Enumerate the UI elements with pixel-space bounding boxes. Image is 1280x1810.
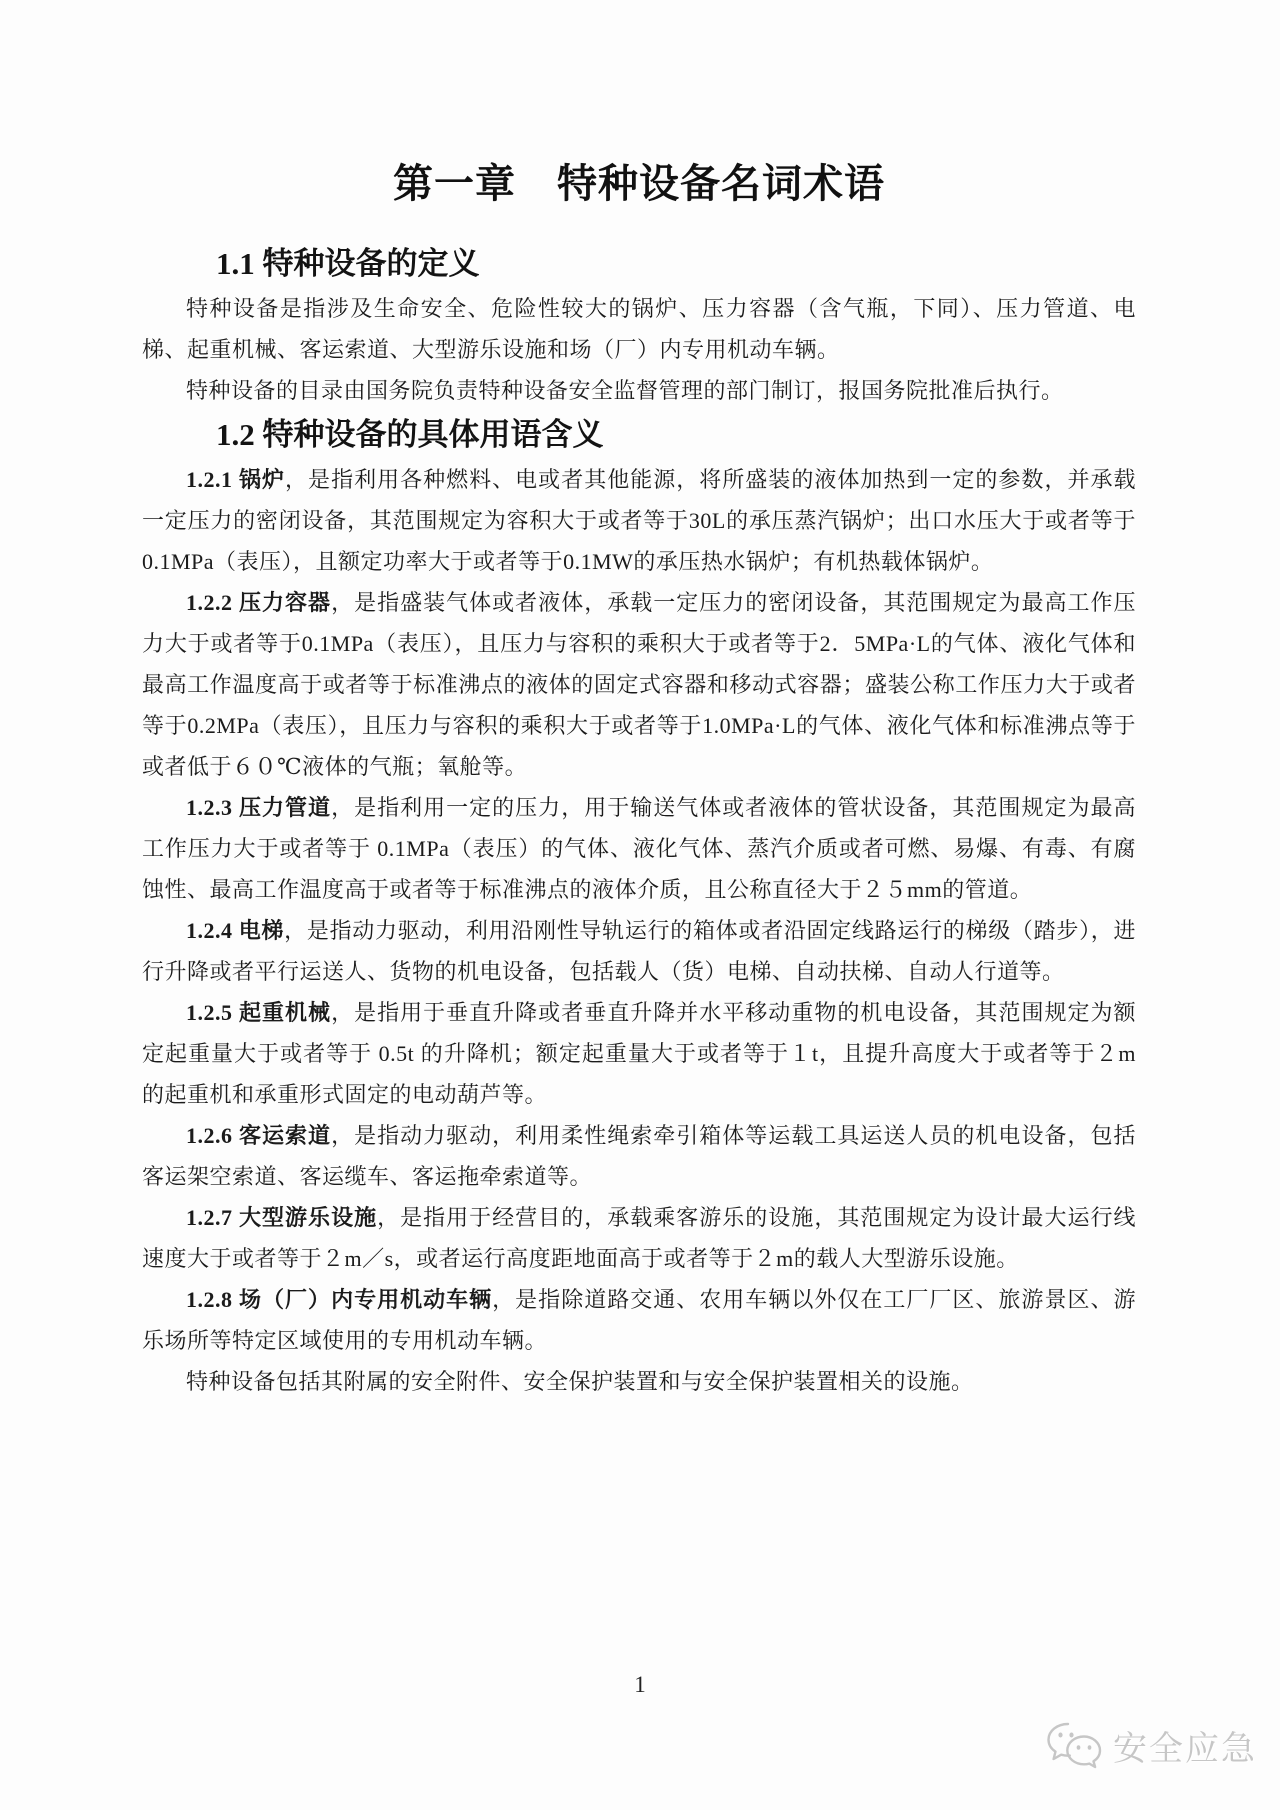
term-definition: ，是指动力驱动，利用沿刚性导轨运行的箱体或者沿固定线路运行的梯级（踏步），进行升…: [142, 918, 1136, 984]
term-number: 1.2.6: [186, 1123, 239, 1148]
term-name: 压力管道: [239, 795, 331, 820]
page-number: 1: [0, 1672, 1280, 1698]
chapter-title: 第一章 特种设备名词术语: [142, 158, 1136, 210]
term-number: 1.2.5: [186, 1000, 239, 1025]
term-number: 1.2.7: [186, 1205, 239, 1230]
term-definition: ，是指盛装气体或者液体，承载一定压力的密闭设备，其范围规定为最高工作压力大于或者…: [142, 590, 1136, 779]
term-name: 场（厂）内专用机动车辆: [239, 1287, 492, 1312]
term-name: 电梯: [239, 918, 284, 943]
section-1-1-heading: 1.1 特种设备的定义: [216, 240, 1136, 288]
term-paragraph-elevator: 1.2.4 电梯，是指动力驱动，利用沿刚性导轨运行的箱体或者沿固定线路运行的梯级…: [142, 910, 1136, 992]
term-number: 1.2.4: [186, 918, 239, 943]
term-paragraph-pressure-pipe: 1.2.3 压力管道，是指利用一定的压力，用于输送气体或者液体的管状设备，其范围…: [142, 787, 1136, 910]
paragraph-definition-2: 特种设备的目录由国务院负责特种设备安全监督管理的部门制订，报国务院批准后执行。: [142, 370, 1136, 411]
term-number: 1.2.2: [186, 590, 239, 615]
term-number: 1.2.1: [186, 467, 239, 492]
term-paragraph-special-vehicle: 1.2.8 场（厂）内专用机动车辆，是指除道路交通、农用车辆以外仅在工厂厂区、旅…: [142, 1279, 1136, 1361]
document-page: 第一章 特种设备名词术语 1.1 特种设备的定义 特种设备是指涉及生命安全、危险…: [0, 0, 1280, 1810]
term-name: 大型游乐设施: [239, 1205, 377, 1230]
term-name: 客运索道: [239, 1123, 331, 1148]
section-1-2-heading: 1.2 特种设备的具体用语含义: [216, 411, 1136, 459]
document-content: 第一章 特种设备名词术语 1.1 特种设备的定义 特种设备是指涉及生命安全、危险…: [142, 0, 1136, 1402]
term-paragraph-lifting-machinery: 1.2.5 起重机械，是指用于垂直升降或者垂直升降并水平移动重物的机电设备，其范…: [142, 992, 1136, 1115]
watermark: 安全应急: [1046, 1722, 1257, 1776]
term-number: 1.2.3: [186, 795, 239, 820]
paragraph-definition-1: 特种设备是指涉及生命安全、危险性较大的锅炉、压力容器（含气瓶，下同）、压力管道、…: [142, 288, 1136, 370]
watermark-label: 安全应急: [1113, 1730, 1257, 1768]
term-definition: ，是指利用各种燃料、电或者其他能源，将所盛装的液体加热到一定的参数，并承载一定压…: [142, 467, 1136, 574]
term-name: 锅炉: [239, 467, 285, 492]
term-paragraph-boiler: 1.2.1 锅炉，是指利用各种燃料、电或者其他能源，将所盛装的液体加热到一定的参…: [142, 459, 1136, 582]
term-number: 1.2.8: [186, 1287, 239, 1312]
closing-paragraph: 特种设备包括其附属的安全附件、安全保护装置和与安全保护装置相关的设施。: [142, 1361, 1136, 1402]
wechat-icon: [1046, 1722, 1104, 1776]
term-name: 压力容器: [239, 590, 331, 615]
term-paragraph-amusement-facility: 1.2.7 大型游乐设施，是指用于经营目的，承载乘客游乐的设施，其范围规定为设计…: [142, 1197, 1136, 1279]
term-name: 起重机械: [239, 1000, 331, 1025]
term-paragraph-passenger-ropeway: 1.2.6 客运索道，是指动力驱动，利用柔性绳索牵引箱体等运载工具运送人员的机电…: [142, 1115, 1136, 1197]
term-paragraph-pressure-vessel: 1.2.2 压力容器，是指盛装气体或者液体，承载一定压力的密闭设备，其范围规定为…: [142, 582, 1136, 787]
